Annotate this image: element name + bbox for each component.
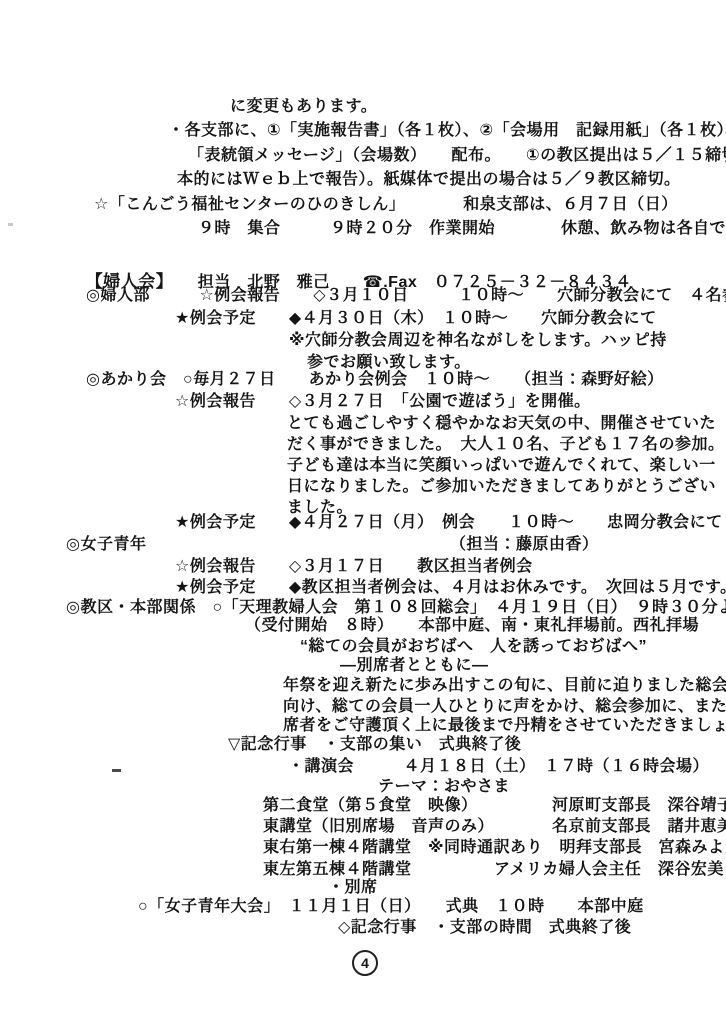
kyoku-sokai-line: ◎教区・本部関係 ○「天理教婦人会 第１０８回総会」 ４月１９日（日） ９時３０…: [66, 598, 726, 618]
akarikai-report-text-4: 日になりました。ご参加いただきましてありがとうござい: [287, 477, 716, 497]
besseki-line: ・別席: [328, 878, 378, 898]
akarikai-report-text-3: 子ども達は本当に笑顔いっぱいで遊んでくれて、楽しい一: [287, 456, 716, 476]
joshiseinen-report-line: ☆例会報告 ◇３月１７日 教区担当者例会: [175, 557, 533, 577]
akarikai-report-text-2: だく事ができました。 大人１０名、子ども１７名の参加。: [287, 435, 725, 455]
intro-distribution-3: 本的にはＷｅｂ上で報告）。紙媒体で提出の場合は５／９教区締切。: [177, 170, 681, 190]
sokai-message-3: 席者をご守護頂く上に最後まで丹精をさせていただきましょう。: [283, 716, 726, 736]
venue-line-1: 第二食堂（第５食堂 映像） 河原町支部長 深谷靖子: [263, 796, 726, 816]
kyoku-sokai-line-2: （受付開始 ８時） 本部中庭、南・東礼拝場前。西礼拝場: [245, 616, 699, 636]
scan-artifact-dash: [112, 769, 121, 772]
venue-line-2: 東講堂（旧別席場 音声のみ） 名京前支部長 諸井恵美子: [263, 817, 726, 837]
sokai-slogan-line: “総ての会員がおぢばへ 人を誘っておぢばへ”: [300, 637, 647, 657]
scan-artifact-dot: [8, 223, 13, 226]
page-number-badge: 4: [352, 950, 378, 976]
joshiseinen-heading: ◎女子青年: [66, 535, 146, 555]
sokai-message-2: 向け、総ての会員一人ひとりに声をかけ、総会参加に、また別: [283, 697, 726, 717]
joshiseinen-plan-line: ★例会予定 ◆教区担当者例会は、４月はお休みです。 次回は５月です。: [175, 578, 726, 598]
taikai-kinen-line: ◇記念行事 ・支部の時間 式典終了後: [338, 918, 631, 938]
akarikai-report-line: ☆例会報告 ◇３月２７日 「公園で遊ぼう」を開催。: [175, 392, 591, 412]
joshiseinen-taikai-line: ○「女子青年大会」 １１月１日（日） 式典 １０時 本部中庭: [138, 897, 644, 917]
akarikai-report-text-1: とても過ごしやすく穏やかなお天気の中、開催させていた: [287, 414, 716, 434]
venue-line-4: 東左第五棟４階講堂 アメリカ婦人会主任 深谷宏美: [263, 860, 724, 880]
intro-distribution-1: ・各支部に、①「実施報告書」（各１枚）、②「会場用 記録用紙」（各１枚）、③: [168, 121, 726, 141]
intro-distribution-2: 「表統領メッセージ」（会場数） 配布。 ①の教区提出は５／１５締切（基: [188, 146, 726, 166]
sokai-message-1: 年祭を迎え新たに歩み出すこの旬に、目前に迫りました総会に: [283, 676, 726, 696]
joshiseinen-tantou: （担当：藤原由香）: [450, 535, 599, 555]
akarikai-regular-line: ◎あかり会 ○毎月２７日 あかり会例会 １０時～ （担当：森野好絵）: [86, 370, 664, 390]
kouenkai-line: ・講演会 ４月１８日（土） １７時（１６時会場）: [288, 757, 709, 777]
hinokishin-title-line: ☆「こんごう福祉センターのひのきしん」 和泉支部は、６月７日（日）: [94, 195, 678, 215]
fujinbu-note-line-1: ※穴師分教会周辺を神名ながしをします。ハッピ持: [289, 331, 667, 351]
fujinbu-report-line: ◎婦人部 ☆例会報告 ◇３月１０日 １０時～ 穴師分教会にて ４名参加: [86, 286, 726, 306]
fujinbu-plan-line: ★例会予定 ◆４月３０日（木） １０時～ 穴師分教会にて: [175, 309, 657, 329]
sokai-slogan-line-2: ―別席者とともに―: [340, 656, 489, 676]
document-page: に変更もあります。 ・各支部に、①「実施報告書」（各１枚）、②「会場用 記録用紙…: [0, 0, 726, 1024]
hinokishin-time-line: ９時 集合 ９時２０分 作業開始 休憩、飲み物は各自で: [198, 219, 726, 239]
page-number: 4: [361, 955, 369, 971]
intro-change-note: に変更もあります。: [230, 97, 377, 117]
venue-line-3: 東右第一棟４階講堂 ※同時通訳あり 明拜支部長 宮森みよゑ: [263, 838, 726, 858]
kinen-gyoji-line: ▽記念行事 ・支部の集い 式典終了後: [228, 735, 521, 755]
kouenkai-theme-line: テーマ：おやさま: [378, 777, 510, 797]
akarikai-plan-line: ★例会予定 ◆４月２７日（月） 例会 １０時～ 忠岡分教会にて: [175, 513, 723, 533]
